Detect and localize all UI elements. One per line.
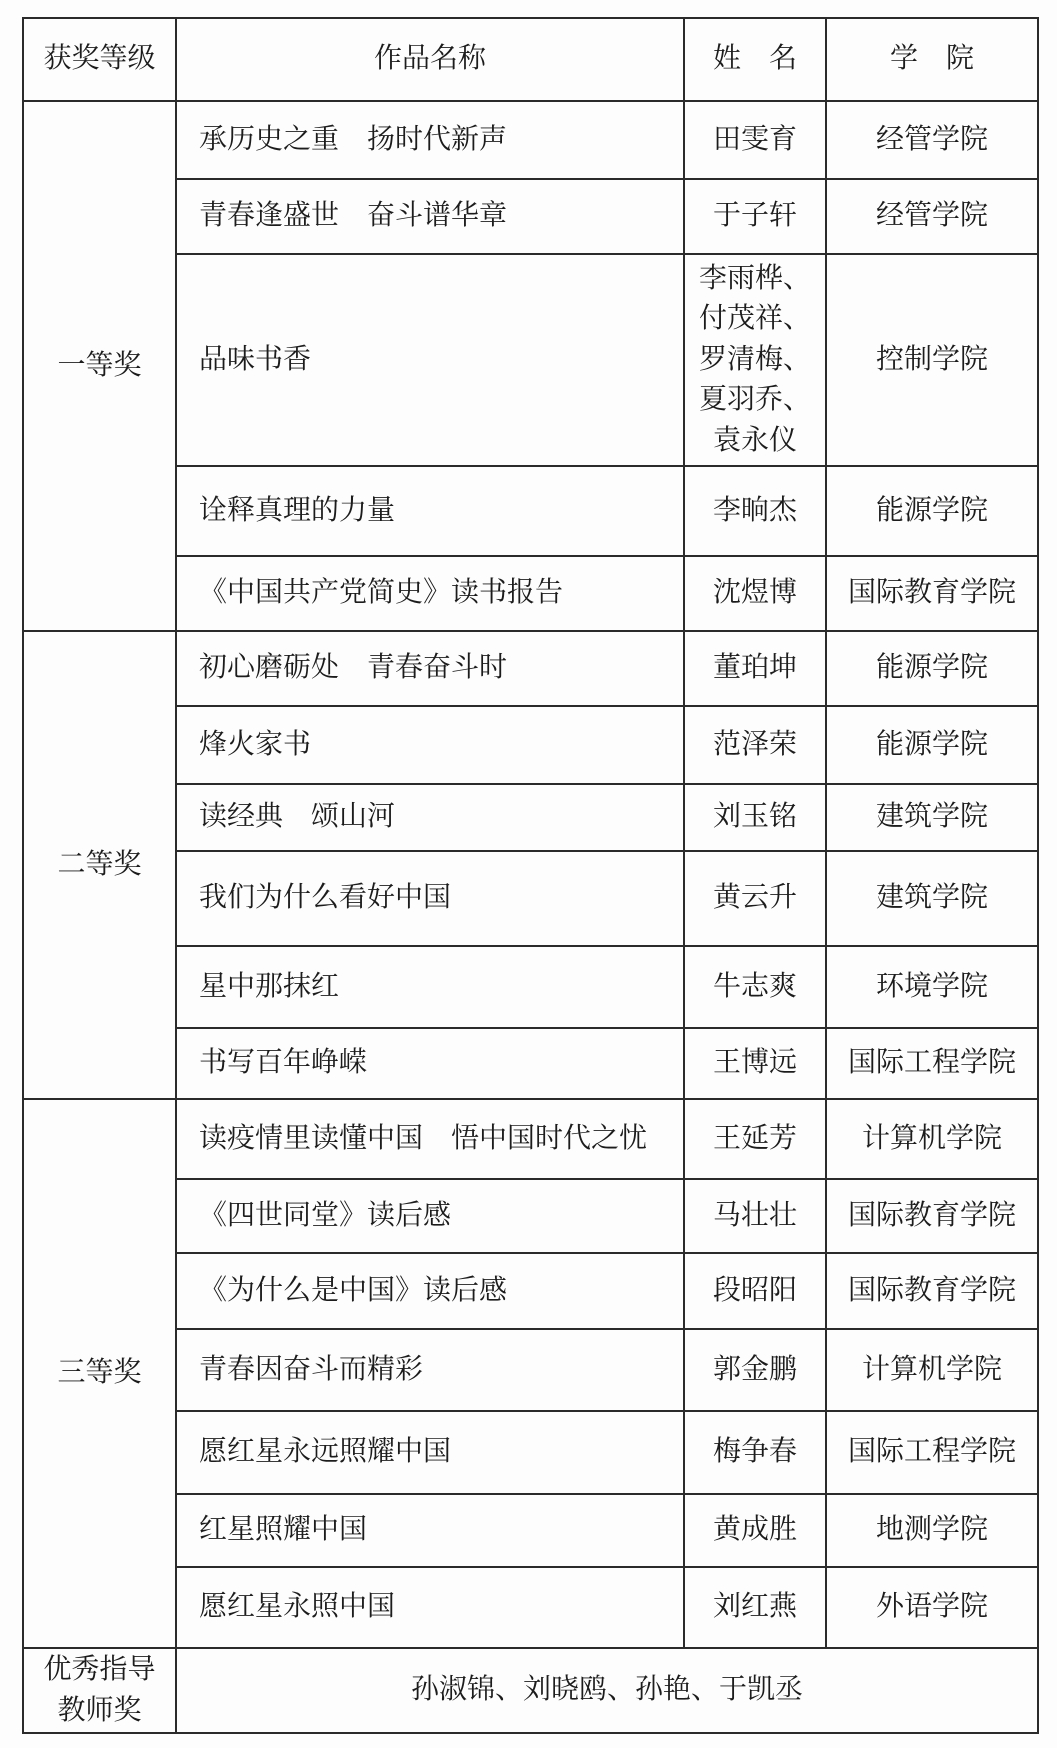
college-name: 外语学院 (826, 1567, 1038, 1648)
table-row: 星中那抹红 牛志爽 环境学院 (23, 946, 1038, 1028)
college-name: 建筑学院 (826, 784, 1038, 851)
student-name: 段昭阳 (684, 1253, 826, 1329)
student-name: 梅争春 (684, 1411, 826, 1494)
college-name: 计算机学院 (826, 1329, 1038, 1411)
college-name: 国际教育学院 (826, 556, 1038, 631)
table-row: 读经典 颂山河 刘玉铭 建筑学院 (23, 784, 1038, 851)
work-title: 青春因奋斗而精彩 (176, 1329, 684, 1411)
footer-label: 优秀指导 教师奖 (23, 1648, 176, 1733)
header-row: 获奖等级 作品名称 姓 名 学 院 (23, 18, 1038, 101)
work-title: 青春逢盛世 奋斗谱华章 (176, 179, 684, 254)
college-name: 能源学院 (826, 466, 1038, 556)
student-name: 牛志爽 (684, 946, 826, 1028)
college-name: 计算机学院 (826, 1099, 1038, 1179)
section-label-second-prize: 二等奖 (23, 631, 176, 1099)
student-name: 于子轩 (684, 179, 826, 254)
work-title: 《四世同堂》读后感 (176, 1179, 684, 1253)
college-name: 能源学院 (826, 631, 1038, 706)
table-row: 青春因奋斗而精彩 郭金鹏 计算机学院 (23, 1329, 1038, 1411)
table-row: 诠释真理的力量 李晌杰 能源学院 (23, 466, 1038, 556)
student-name: 刘玉铭 (684, 784, 826, 851)
work-title: 《为什么是中国》读后感 (176, 1253, 684, 1329)
college-name: 经管学院 (826, 179, 1038, 254)
work-title: 诠释真理的力量 (176, 466, 684, 556)
section-label-third-prize: 三等奖 (23, 1099, 176, 1648)
table-row: 红星照耀中国 黄成胜 地测学院 (23, 1494, 1038, 1567)
college-name: 能源学院 (826, 706, 1038, 784)
student-name: 马壮壮 (684, 1179, 826, 1253)
table-row: 三等奖 读疫情里读懂中国 悟中国时代之忧 王延芳 计算机学院 (23, 1099, 1038, 1179)
student-name: 王延芳 (684, 1099, 826, 1179)
header-college: 学 院 (826, 18, 1038, 101)
student-name: 范泽荣 (684, 706, 826, 784)
awards-table: 获奖等级 作品名称 姓 名 学 院 一等奖 承历史之重 扬时代新声 田雯育 经管… (22, 17, 1039, 1734)
table-row: 书写百年峥嵘 王博远 国际工程学院 (23, 1028, 1038, 1099)
document-page: 获奖等级 作品名称 姓 名 学 院 一等奖 承历史之重 扬时代新声 田雯育 经管… (0, 0, 1057, 1748)
table-row: 愿红星永远照耀中国 梅争春 国际工程学院 (23, 1411, 1038, 1494)
college-name: 国际教育学院 (826, 1179, 1038, 1253)
college-name: 国际工程学院 (826, 1411, 1038, 1494)
work-title: 我们为什么看好中国 (176, 851, 684, 946)
table-row: 品味书香 李雨桦、 付茂祥、 罗清梅、 夏羽乔、 袁永仪 控制学院 (23, 254, 1038, 466)
work-title: 初心磨砺处 青春奋斗时 (176, 631, 684, 706)
work-title: 读疫情里读懂中国 悟中国时代之忧 (176, 1099, 684, 1179)
college-name: 环境学院 (826, 946, 1038, 1028)
college-name: 控制学院 (826, 254, 1038, 466)
table-row: 《为什么是中国》读后感 段昭阳 国际教育学院 (23, 1253, 1038, 1329)
work-title: 书写百年峥嵘 (176, 1028, 684, 1099)
college-name: 地测学院 (826, 1494, 1038, 1567)
work-title: 愿红星永远照耀中国 (176, 1411, 684, 1494)
header-level: 获奖等级 (23, 18, 176, 101)
student-name: 王博远 (684, 1028, 826, 1099)
college-name: 国际教育学院 (826, 1253, 1038, 1329)
work-title: 品味书香 (176, 254, 684, 466)
student-name: 黄成胜 (684, 1494, 826, 1567)
student-name: 刘红燕 (684, 1567, 826, 1648)
section-label-first-prize: 一等奖 (23, 101, 176, 631)
work-title: 红星照耀中国 (176, 1494, 684, 1567)
table-row: 我们为什么看好中国 黄云升 建筑学院 (23, 851, 1038, 946)
college-name: 经管学院 (826, 101, 1038, 179)
work-title: 读经典 颂山河 (176, 784, 684, 851)
header-title: 作品名称 (176, 18, 684, 101)
table-row: 青春逢盛世 奋斗谱华章 于子轩 经管学院 (23, 179, 1038, 254)
footer-row: 优秀指导 教师奖 孙淑锦、刘晓鸥、孙艳、于凯丞 (23, 1648, 1038, 1733)
work-title: 承历史之重 扬时代新声 (176, 101, 684, 179)
college-name: 国际工程学院 (826, 1028, 1038, 1099)
work-title: 烽火家书 (176, 706, 684, 784)
student-name: 郭金鹏 (684, 1329, 826, 1411)
table-row: 《四世同堂》读后感 马壮壮 国际教育学院 (23, 1179, 1038, 1253)
student-name: 黄云升 (684, 851, 826, 946)
table-row: 一等奖 承历史之重 扬时代新声 田雯育 经管学院 (23, 101, 1038, 179)
work-title: 《中国共产党简史》读书报告 (176, 556, 684, 631)
college-name: 建筑学院 (826, 851, 1038, 946)
work-title: 愿红星永照中国 (176, 1567, 684, 1648)
student-name: 李晌杰 (684, 466, 826, 556)
table-row: 《中国共产党简史》读书报告 沈煜博 国际教育学院 (23, 556, 1038, 631)
student-name: 李雨桦、 付茂祥、 罗清梅、 夏羽乔、 袁永仪 (684, 254, 826, 466)
table-row: 愿红星永照中国 刘红燕 外语学院 (23, 1567, 1038, 1648)
student-name: 董珀坤 (684, 631, 826, 706)
student-name: 沈煜博 (684, 556, 826, 631)
student-name: 田雯育 (684, 101, 826, 179)
work-title: 星中那抹红 (176, 946, 684, 1028)
table-row: 二等奖 初心磨砺处 青春奋斗时 董珀坤 能源学院 (23, 631, 1038, 706)
header-name: 姓 名 (684, 18, 826, 101)
advisor-names: 孙淑锦、刘晓鸥、孙艳、于凯丞 (176, 1648, 1038, 1733)
table-row: 烽火家书 范泽荣 能源学院 (23, 706, 1038, 784)
